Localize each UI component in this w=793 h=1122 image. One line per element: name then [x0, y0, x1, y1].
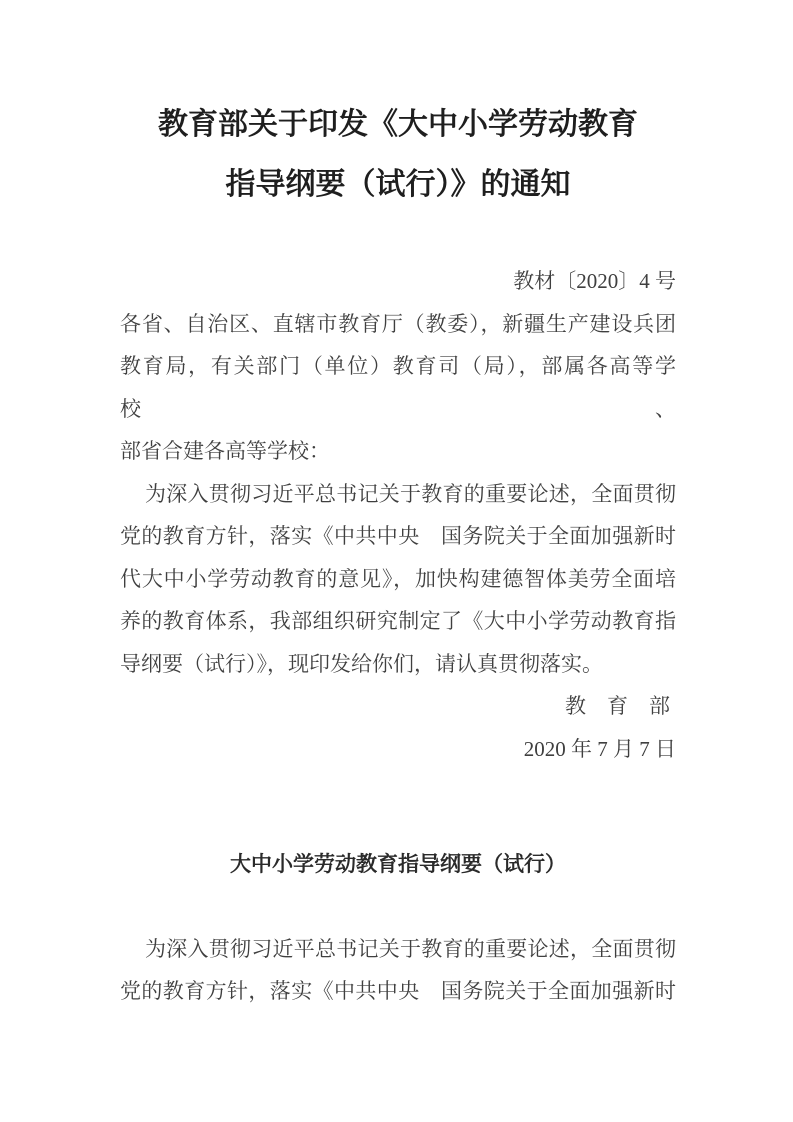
document-number: 教材〔2020〕4 号	[120, 260, 676, 303]
notice-title-line-1: 教育部关于印发《大中小学劳动教育	[120, 95, 676, 155]
notice-body-line: 养的教育体系，我部组织研究制定了《大中小学劳动教育指	[120, 600, 676, 643]
notice-body-line: 导纲要（试行）》，现印发给你们，请认真贯彻落实。	[120, 643, 676, 686]
document-page: 教育部关于印发《大中小学劳动教育 指导纲要（试行）》的通知 教材〔2020〕4 …	[0, 0, 793, 1122]
notice-body-line: 为深入贯彻习近平总书记关于教育的重要论述，全面贯彻	[120, 473, 676, 516]
recipients-line: 各省、自治区、直辖市教育厅（教委），新疆生产建设兵团	[120, 303, 676, 346]
recipients-line: 教育局，有关部门（单位）教育司（局），部属各高等学校、	[120, 345, 676, 430]
recipients-line: 部省合建各高等学校：	[120, 430, 676, 473]
notice-body-line: 党的教育方针，落实《中共中央 国务院关于全面加强新时	[120, 515, 676, 558]
guideline-body-paragraph: 为深入贯彻习近平总书记关于教育的重要论述，全面贯彻 党的教育方针，落实《中共中央…	[120, 928, 676, 1013]
notice-title: 教育部关于印发《大中小学劳动教育 指导纲要（试行）》的通知	[120, 95, 676, 215]
issue-date: 2020 年 7 月 7 日	[120, 728, 676, 771]
notice-body-paragraph: 为深入贯彻习近平总书记关于教育的重要论述，全面贯彻 党的教育方针，落实《中共中央…	[120, 473, 676, 686]
guideline-title: 大中小学劳动教育指导纲要（试行）	[120, 843, 676, 886]
guideline-body-line: 党的教育方针，落实《中共中央 国务院关于全面加强新时	[120, 970, 676, 1013]
notice-body-line: 代大中小学劳动教育的意见》，加快构建德智体美劳全面培	[120, 558, 676, 601]
recipients-paragraph: 各省、自治区、直辖市教育厅（教委），新疆生产建设兵团 教育局，有关部门（单位）教…	[120, 303, 676, 473]
issuing-authority: 教 育 部	[120, 685, 676, 728]
guideline-body-line: 为深入贯彻习近平总书记关于教育的重要论述，全面贯彻	[120, 928, 676, 971]
notice-title-line-2: 指导纲要（试行）》的通知	[120, 155, 676, 215]
